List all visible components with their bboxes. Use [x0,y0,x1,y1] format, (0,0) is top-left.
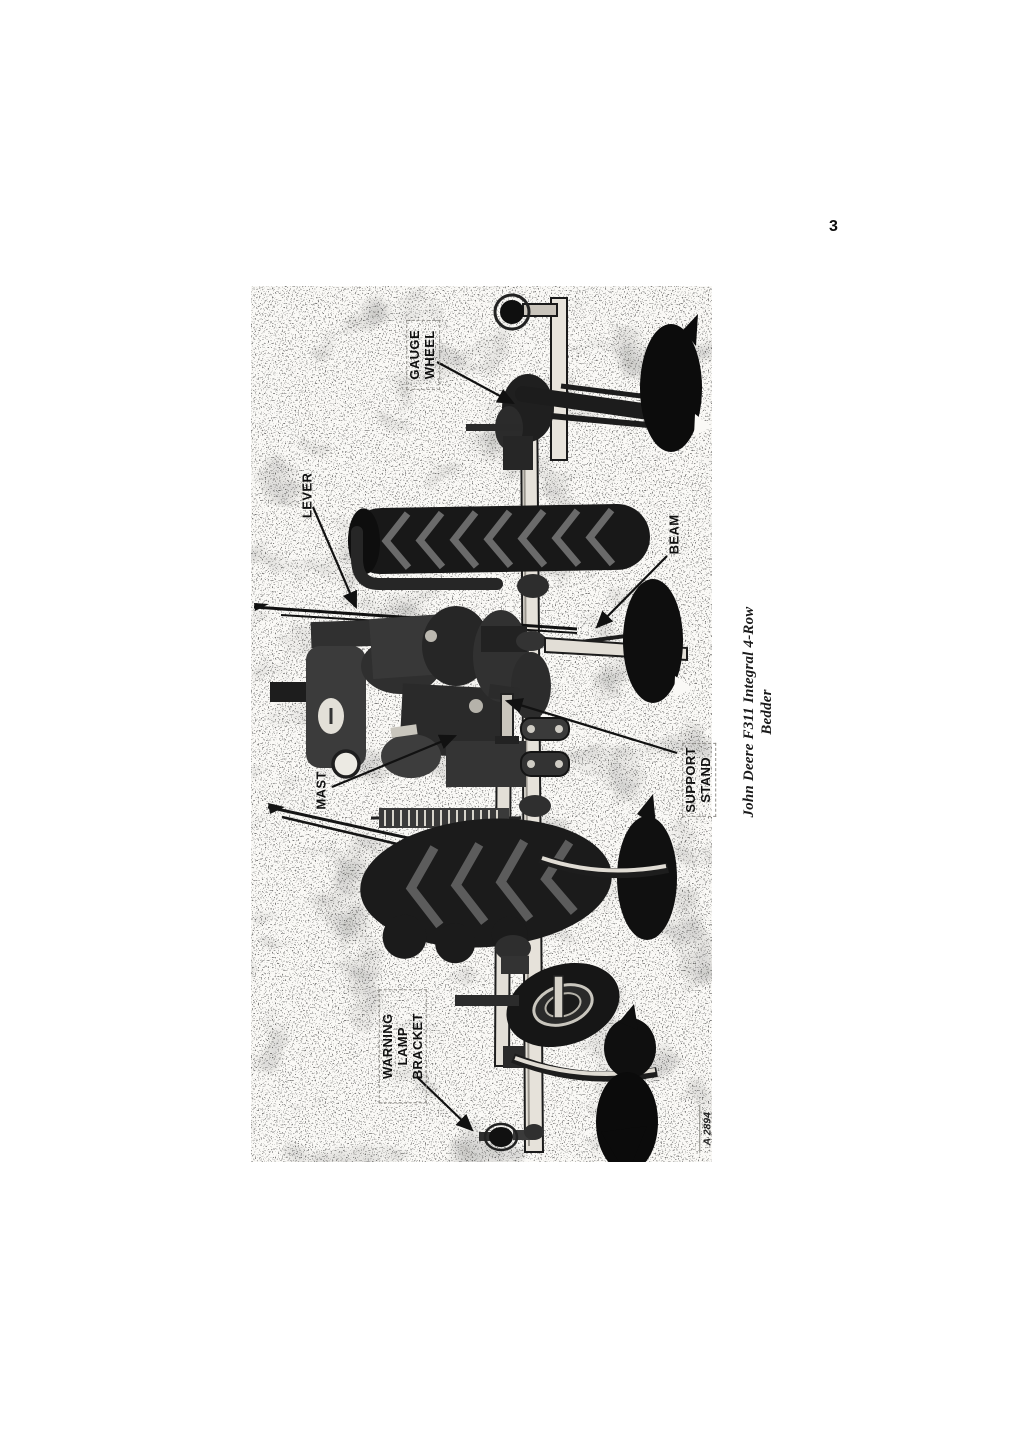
callout-lever: LEVER [301,470,316,520]
callout-support-stand: SUPPORT STAND [682,743,716,817]
figure-caption: John Deere F311 Integral 4-Row Bedder [740,583,760,841]
callout-warning-lamp-bracket: WARNING LAMP BRACKET [379,989,427,1103]
page-number: 3 [829,219,838,235]
photo-id-stamp: A 2894 [699,1105,713,1153]
figure-illustration [251,286,712,1162]
callout-mast: MAST [315,770,330,810]
figure-photo: GAUGE WHEEL LEVER BEAM MAST SUPPORT STAN… [251,286,712,1162]
callout-beam: BEAM [668,512,683,556]
manual-page: { "page": { "number": "3" }, "figure": {… [0,0,1024,1449]
callout-gauge-wheel: GAUGE WHEEL [406,320,440,390]
